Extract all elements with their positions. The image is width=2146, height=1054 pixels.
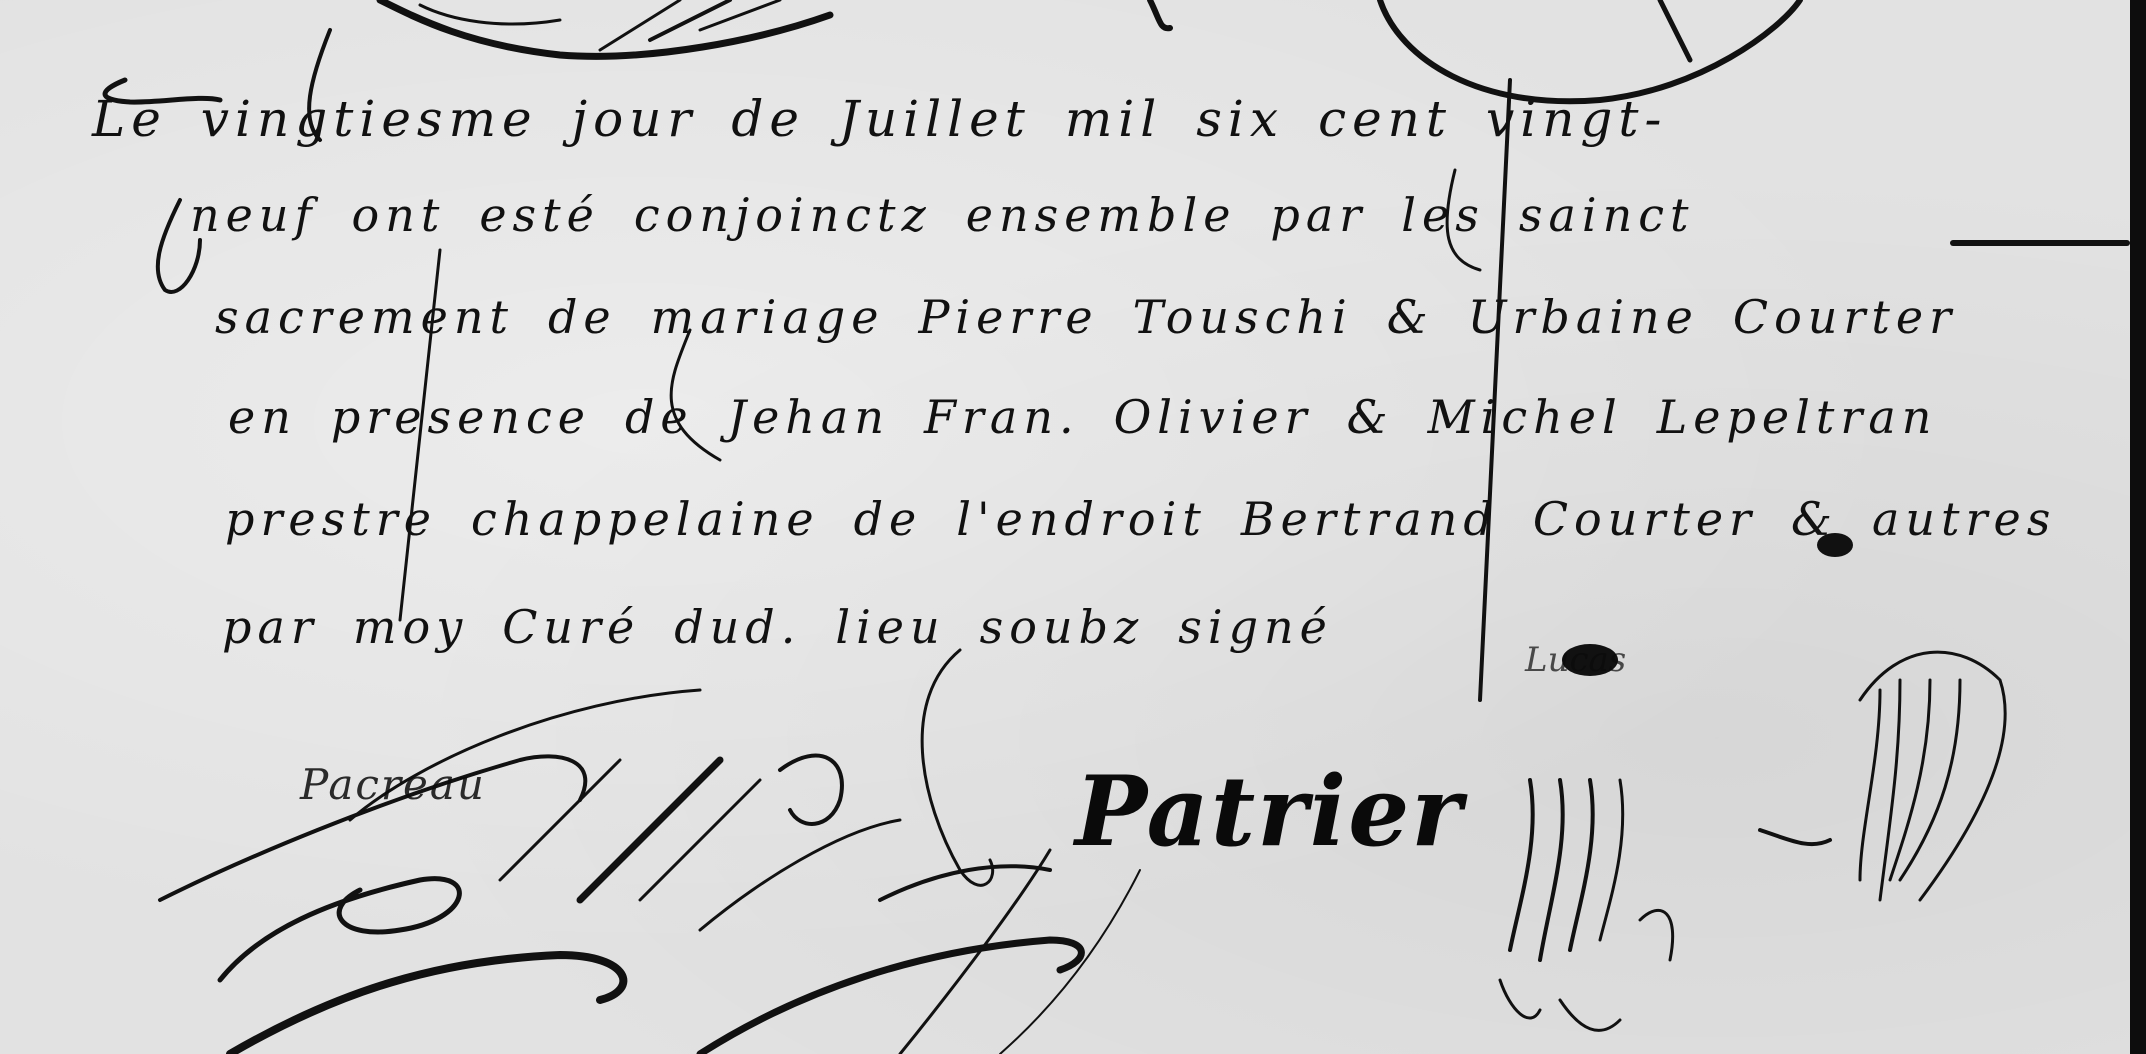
text-line-6: parmoyCurédud.lieusoubzsigné — [222, 600, 1367, 654]
word: les — [1401, 188, 1485, 242]
word: Jehan — [728, 390, 890, 444]
word: Lepeltran — [1657, 390, 1938, 444]
word: sacrement — [215, 290, 514, 344]
word: de — [854, 492, 923, 546]
word: Touschi — [1133, 290, 1353, 344]
signature-left: Pacreau — [300, 760, 486, 809]
word: Pierre — [918, 290, 1098, 344]
word: & — [1791, 492, 1838, 546]
word: vingt- — [1486, 90, 1667, 148]
word: six — [1196, 90, 1284, 148]
word: par — [222, 600, 319, 654]
word: & — [1347, 390, 1394, 444]
text-line-4: enpresencedeJehanFran.Olivier&MichelLepe… — [228, 390, 1971, 444]
word: Courter — [1733, 290, 1957, 344]
word: autres — [1872, 492, 2056, 546]
word: par — [1270, 188, 1367, 242]
word: Urbaine — [1468, 290, 1699, 344]
text-line-3: sacrementdemariagePierreTouschi&UrbaineC… — [215, 290, 1991, 344]
signature-center: Patrier — [1075, 755, 1464, 868]
word: neuf — [190, 188, 318, 242]
word: prestre — [225, 492, 437, 546]
word: conjoinctz — [634, 188, 932, 242]
word: Curé — [502, 600, 640, 654]
line-filler-dash — [1950, 240, 2130, 246]
word: de — [625, 390, 694, 444]
word: moy — [353, 600, 468, 654]
word: & — [1387, 290, 1434, 344]
word: Michel — [1428, 390, 1623, 444]
word: l'endroit — [956, 492, 1207, 546]
word: cent — [1318, 90, 1452, 148]
word: jour — [572, 90, 698, 148]
word: Juillet — [839, 90, 1031, 148]
text-line-5: prestrechappelainedel'endroitBertrandCou… — [225, 492, 2090, 546]
word: chappelaine — [471, 492, 820, 546]
word: Fran. — [924, 390, 1080, 444]
word: mariage — [651, 290, 885, 344]
word: de — [548, 290, 617, 344]
word: sainct — [1519, 188, 1695, 242]
word: soubz — [980, 600, 1145, 654]
word: vingtiesme — [201, 90, 538, 148]
word: Le — [92, 90, 167, 148]
word: signé — [1178, 600, 1333, 654]
signature-small: Lucas — [1525, 640, 1626, 680]
word: presence — [331, 390, 591, 444]
word: dud. — [674, 600, 801, 654]
word: ont — [352, 188, 446, 242]
text-line-1: LevingtiesmejourdeJuilletmilsixcentvingt… — [92, 90, 1701, 148]
word: ensemble — [966, 188, 1237, 242]
word: Olivier — [1114, 390, 1313, 444]
word: Courter — [1533, 492, 1757, 546]
word: esté — [479, 188, 600, 242]
manuscript-page: LevingtiesmejourdeJuilletmilsixcentvingt… — [0, 0, 2146, 1054]
word: lieu — [835, 600, 945, 654]
text-line-2: neufontestéconjoinctzensembleparlessainc… — [190, 188, 1728, 242]
word: en — [228, 390, 297, 444]
word: Bertrand — [1241, 492, 1499, 546]
word: mil — [1065, 90, 1162, 148]
word: de — [731, 90, 805, 148]
page-edge-border — [2130, 0, 2146, 1054]
